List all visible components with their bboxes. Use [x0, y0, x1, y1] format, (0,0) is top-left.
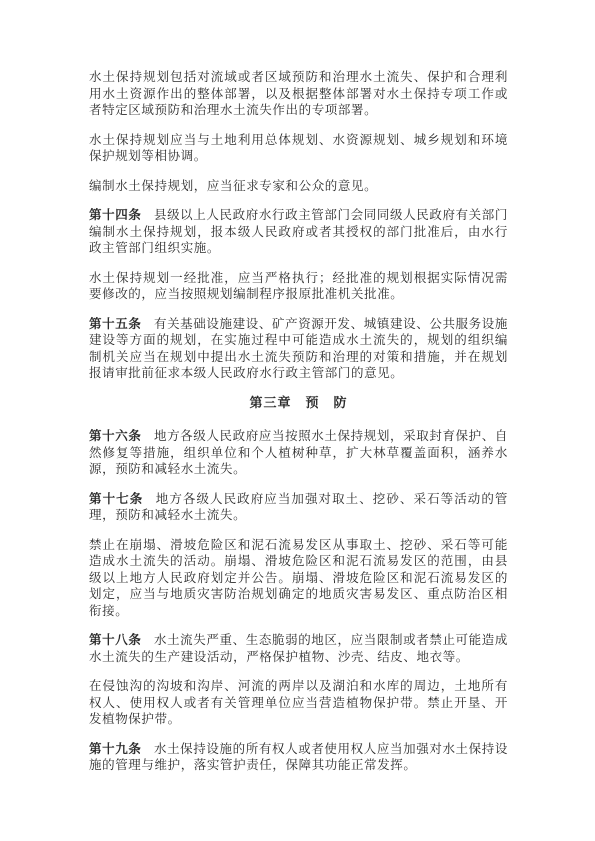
article-text: 有关基础设施建设、矿产资源开发、城镇建设、公共服务设施建设等方面的规划，在实施过…	[89, 317, 508, 381]
body-paragraph: 水土保持规划包括对流域或者区域预防和治理水土流失、保护和合理利用水土资源作出的整…	[89, 69, 508, 119]
article-text: 地方各级人民政府应当加强对取土、挖砂、采石等活动的管理，预防和减轻水土流失。	[89, 492, 508, 523]
article-number: 第十九条	[89, 742, 141, 756]
document-page: 水土保持规划包括对流域或者区域预防和治理水土流失、保护和合理利用水土资源作出的整…	[0, 0, 595, 841]
document-body: 水土保持规划包括对流域或者区域预防和治理水土流失、保护和合理利用水土资源作出的整…	[89, 69, 508, 774]
body-paragraph: 水土保持规划应当与土地利用总体规划、水资源规划、城乡规划和环境保护规划等相协调。	[89, 132, 508, 165]
article-number: 第十五条	[89, 317, 141, 331]
article-paragraph: 第十四条县级以上人民政府水行政主管部门会同同级人民政府有关部门编制水土保持规划，…	[89, 207, 508, 257]
article-paragraph: 第十六条地方各级人民政府应当按照水土保持规划，采取封育保护、自然修复等措施，组织…	[89, 428, 508, 478]
article-text: 水土保持设施的所有权人或者使用权人应当加强对水土保持设施的管理与维护，落实管护责…	[89, 742, 508, 773]
body-paragraph: 禁止在崩塌、滑坡危险区和泥石流易发区从事取土、挖砂、采石等可能造成水土流失的活动…	[89, 537, 508, 620]
body-paragraph: 水土保持规划一经批准，应当严格执行；经批准的规划根据实际情况需要修改的，应当按照…	[89, 270, 508, 303]
article-text: 县级以上人民政府水行政主管部门会同同级人民政府有关部门编制水土保持规划，报本级人…	[89, 208, 508, 255]
article-number: 第十八条	[89, 633, 141, 647]
chapter-heading: 第三章 预 防	[89, 395, 508, 412]
article-paragraph: 第十五条有关基础设施建设、矿产资源开发、城镇建设、公共服务设施建设等方面的规划，…	[89, 316, 508, 382]
body-paragraph: 编制水土保持规划，应当征求专家和公众的意见。	[89, 178, 508, 195]
article-number: 第十四条	[89, 208, 141, 222]
article-paragraph: 第十八条水土流失严重、生态脆弱的地区，应当限制或者禁止可能造成水土流失的生产建设…	[89, 632, 508, 665]
body-paragraph: 在侵蚀沟的沟坡和沟岸、河流的两岸以及湖泊和水库的周边，土地所有权人、使用权人或者…	[89, 678, 508, 728]
article-paragraph: 第十九条水土保持设施的所有权人或者使用权人应当加强对水土保持设施的管理与维护，落…	[89, 741, 508, 774]
article-paragraph: 第十七条地方各级人民政府应当加强对取土、挖砂、采石等活动的管理，预防和减轻水土流…	[89, 491, 508, 524]
article-number: 第十七条	[89, 492, 143, 506]
article-number: 第十六条	[89, 429, 141, 443]
article-text: 水土流失严重、生态脆弱的地区，应当限制或者禁止可能造成水土流失的生产建设活动，严…	[89, 633, 508, 664]
article-text: 地方各级人民政府应当按照水土保持规划，采取封育保护、自然修复等措施，组织单位和个…	[89, 429, 508, 476]
